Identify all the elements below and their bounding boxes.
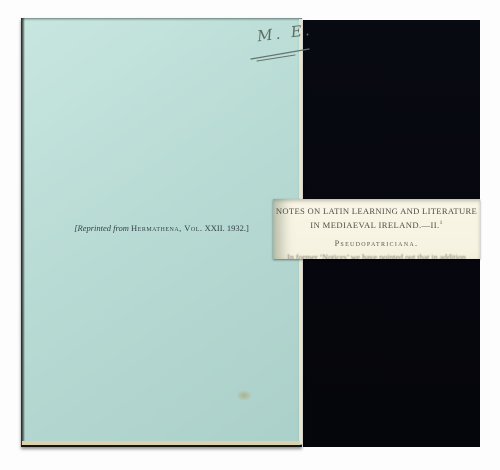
reprint-part1: [Reprinted from bbox=[74, 223, 129, 233]
title-page-insert: NOTES ON LATIN LEARNING AND LITERATURE I… bbox=[273, 199, 480, 259]
cover-bottom-shadow bbox=[21, 445, 302, 447]
photo-scene: M. E. [Reprinted from Hermathena, Vol. X… bbox=[0, 0, 500, 470]
pamphlet-cover: M. E. [Reprinted from Hermathena, Vol. X… bbox=[21, 18, 302, 447]
reprint-part3: XXII. 1932.] bbox=[205, 223, 249, 233]
reprint-credit-line: [Reprinted from Hermathena, Vol. XXII. 1… bbox=[21, 222, 302, 234]
handwritten-inscription: M. E. bbox=[247, 20, 327, 70]
handwritten-note-text: M. E. bbox=[256, 21, 313, 46]
stain-mark bbox=[236, 390, 252, 401]
insert-title-line1: NOTES ON LATIN LEARNING AND LITERATURE bbox=[273, 206, 480, 216]
insert-partial-text: In former ‘Notices’ we have pointed out … bbox=[273, 253, 480, 259]
footnote-marker: 1 bbox=[440, 220, 443, 226]
reprint-part2: Hermathena, Vol. bbox=[131, 223, 203, 233]
underline-flourish-icon bbox=[249, 46, 315, 62]
insert-title-line2: IN MEDIAEVAL IRELAND.—II.1 bbox=[273, 220, 480, 230]
insert-subtitle: Pseudopatriciana. bbox=[273, 239, 480, 248]
insert-title-line2-text: IN MEDIAEVAL IRELAND.—II. bbox=[310, 220, 439, 230]
